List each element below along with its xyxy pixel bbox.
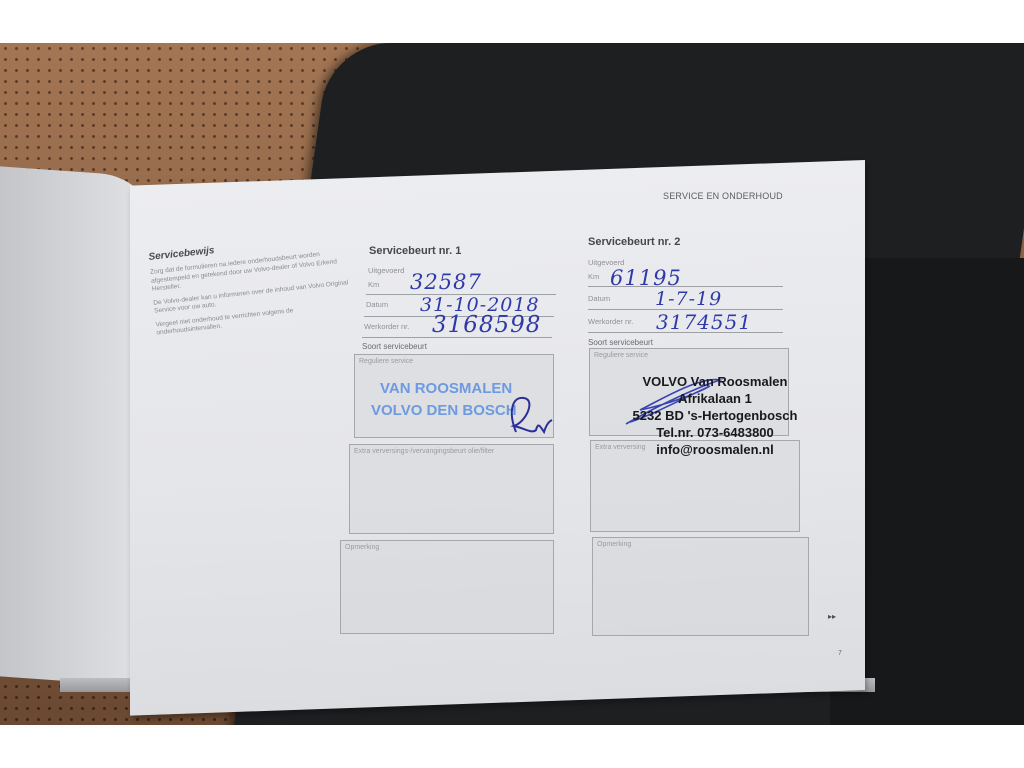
stamp-line: info@roosmalen.nl [615,441,815,458]
box-label: Reguliere service [594,352,648,359]
box-label: Opmerking [597,541,631,548]
label-datum: Datum [366,300,388,309]
label-werkorder: Werkorder nr. [364,322,409,331]
stamp-line: 5232 BD 's-Hertogenbosch [615,407,815,424]
service-title: Servicebeurt nr. 1 [369,245,461,257]
werkorder-value: 3174551 [656,310,752,334]
box-opmerking: Opmerking [340,540,554,634]
label-km: Km [588,272,599,281]
double-arrow-right-icon: ▸▸ [828,612,836,621]
page-number: 7 [838,650,842,657]
dealer-stamp-line: VOLVO DEN BOSCH [371,402,517,419]
box-label: Extra verversings-/vervangingsbeurt olie… [354,448,494,455]
label-datum: Datum [588,294,610,303]
label-soort: Soort servicebeurt [362,342,427,351]
label-uitgevoerd: Uitgevoerd [368,266,404,275]
service-title: Servicebeurt nr. 2 [588,236,680,248]
signature-icon [502,392,557,440]
label-werkorder: Werkorder nr. [588,317,633,326]
km-value: 32587 [410,270,482,294]
dealer-stamp-line: VAN ROOSMALEN [380,380,512,397]
stamp-line: Tel.nr. 073-6483800 [615,424,815,441]
stamp-line: VOLVO Van Roosmalen [615,373,815,390]
datum-value: 1-7-19 [655,288,722,310]
rule [588,286,783,287]
box-opmerking: Opmerking [592,537,809,636]
dealer-stamp: VOLVO Van Roosmalen Afrikalaan 1 5232 BD… [615,373,815,458]
werkorder-value: 3168598 [432,312,541,338]
box-label: Reguliere service [359,358,413,365]
label-soort: Soort servicebeurt [588,338,653,347]
rule [588,332,783,333]
label-km: Km [368,280,379,289]
rule [362,337,552,338]
box-extra: Extra verversings-/vervangingsbeurt olie… [349,444,554,534]
box-label: Opmerking [345,544,379,551]
section-header: SERVICE EN ONDERHOUD [663,191,783,201]
stamp-line: Afrikalaan 1 [615,390,815,407]
